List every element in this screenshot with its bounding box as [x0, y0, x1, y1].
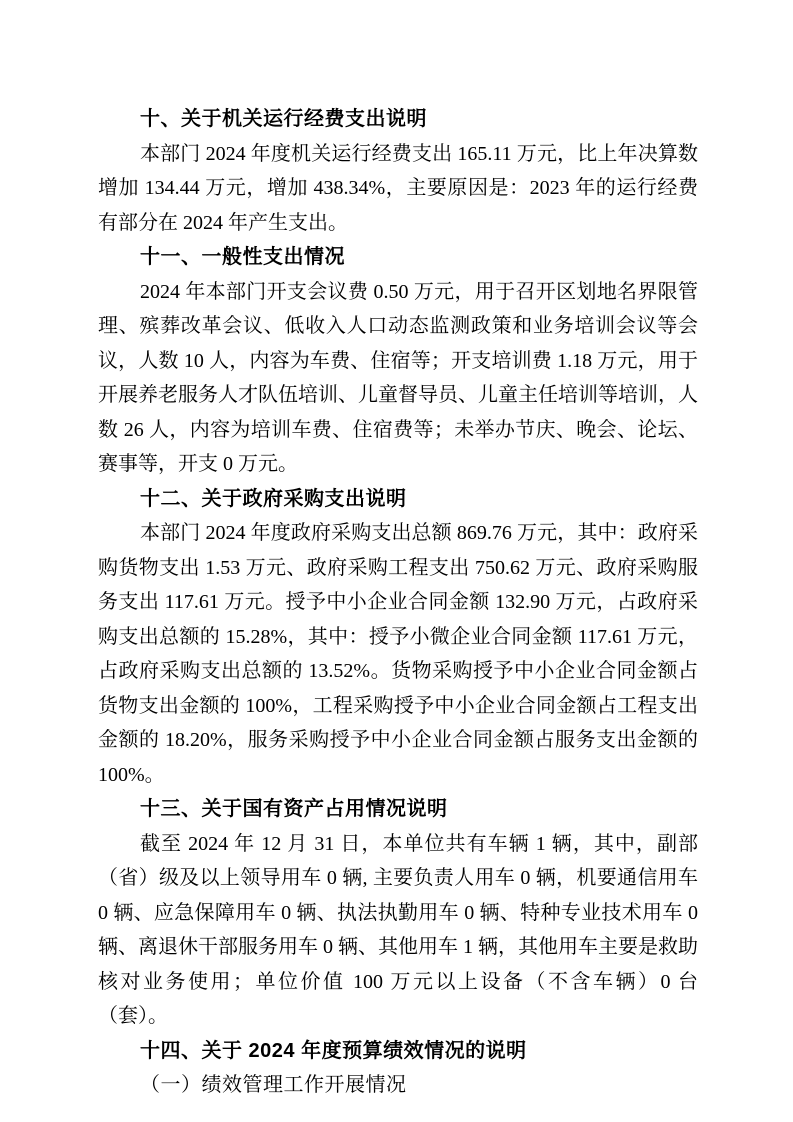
section-heading-13: 十三、关于国有资产占用情况说明 [98, 792, 698, 827]
section-heading-10: 十、关于机关运行经费支出说明 [98, 102, 698, 137]
section-budget-performance: 十四、关于 2024 年度预算绩效情况的说明 （一）绩效管理工作开展情况 [98, 1034, 698, 1103]
document-page: 十、关于机关运行经费支出说明 本部门 2024 年度机关运行经费支出 165.1… [0, 0, 793, 1122]
section-government-procurement: 十二、关于政府采购支出说明 本部门 2024 年度政府采购支出总额 869.76… [98, 482, 698, 793]
section-heading-11: 十一、一般性支出情况 [98, 240, 698, 275]
section-agency-operating-expenses: 十、关于机关运行经费支出说明 本部门 2024 年度机关运行经费支出 165.1… [98, 102, 698, 240]
subsection-heading-performance-management: （一）绩效管理工作开展情况 [98, 1068, 698, 1103]
section-paragraph-11: 2024 年本部门开支会议费 0.50 万元，用于召开区划地名界限管理、殡葬改革… [98, 275, 698, 482]
section-paragraph-13: 截至 2024 年 12 月 31 日，本单位共有车辆 1 辆，其中，副部（省）… [98, 827, 698, 1034]
section-paragraph-10: 本部门 2024 年度机关运行经费支出 165.11 万元，比上年决算数增加 1… [98, 137, 698, 241]
section-heading-12: 十二、关于政府采购支出说明 [98, 482, 698, 517]
section-state-owned-assets: 十三、关于国有资产占用情况说明 截至 2024 年 12 月 31 日，本单位共… [98, 792, 698, 1034]
section-paragraph-12: 本部门 2024 年度政府采购支出总额 869.76 万元，其中：政府采购货物支… [98, 516, 698, 792]
section-general-expenditure: 十一、一般性支出情况 2024 年本部门开支会议费 0.50 万元，用于召开区划… [98, 240, 698, 482]
section-heading-14: 十四、关于 2024 年度预算绩效情况的说明 [98, 1034, 698, 1069]
